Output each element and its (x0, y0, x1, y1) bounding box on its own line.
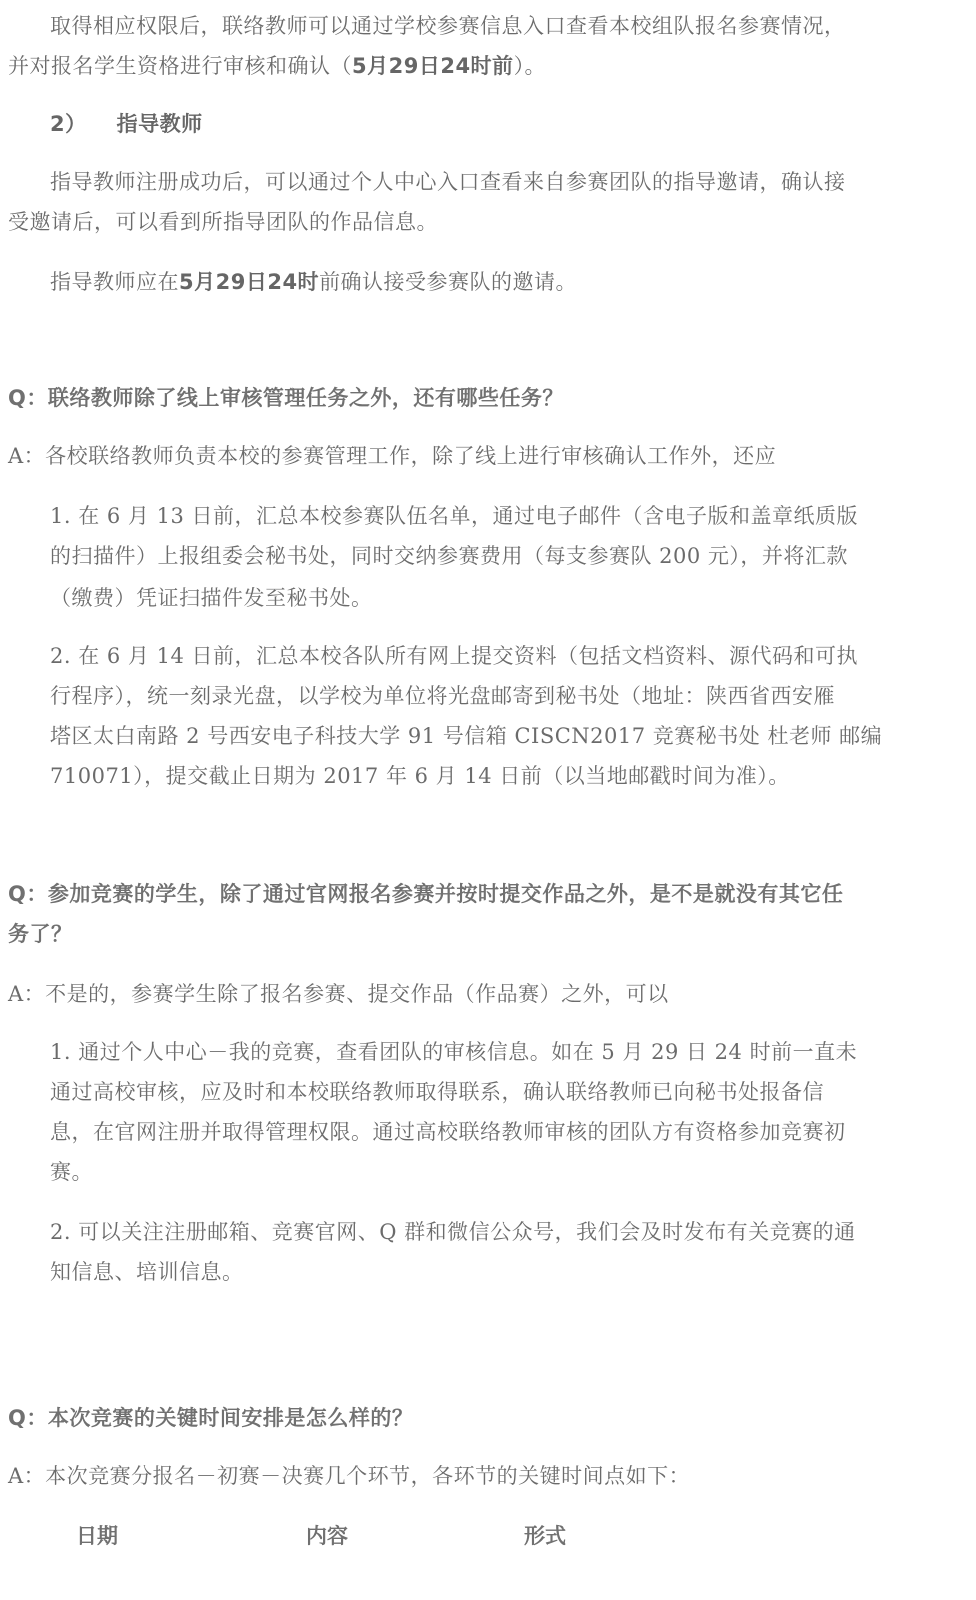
list-item-line: 行程序），统一刻录光盘，以学校为单位将光盘邮寄到秘书处（地址：陕西省西安雁 (50, 682, 835, 710)
list-item-line: 710071），提交截止日期为 2017 年 6 月 14 日前（以当地邮戳时间… (50, 762, 790, 790)
deadline-bold: 5月29日24时 (179, 270, 319, 294)
column-header-format: 形式 (524, 1520, 566, 1550)
deadline-bold: 5月29日24时前 (352, 54, 514, 78)
heading-text: 指导教师 (117, 112, 203, 136)
paragraph-line: 取得相应权限后，联络教师可以通过学校参赛信息入口查看本校组队报名参赛情况， (50, 12, 846, 40)
paragraph-line: 并对报名学生资格进行审核和确认（5月29日24时前）。 (8, 52, 546, 80)
faq-answer: A：不是的，参赛学生除了报名参赛、提交作品（作品赛）之外，可以 (8, 980, 669, 1008)
text: 前确认接受参赛队的邀请。 (319, 270, 577, 294)
list-item-line: 2. 在 6 月 14 日前，汇总本校各队所有网上提交资料（包括文档资料、源代码… (50, 642, 858, 670)
paragraph-line: 受邀请后，可以看到所指导团队的作品信息。 (8, 208, 438, 236)
list-item-line: 1. 通过个人中心－我的竞赛，查看团队的审核信息。如在 5 月 29 日 24 … (50, 1038, 857, 1066)
column-header-content: 内容 (306, 1520, 348, 1550)
column-header-date: 日期 (76, 1520, 118, 1550)
faq-question: Q：本次竞赛的关键时间安排是怎么样的？ (8, 1404, 413, 1432)
list-item-line: 知信息、培训信息。 (50, 1258, 244, 1286)
paragraph-line: 指导教师注册成功后，可以通过个人中心入口查看来自参赛团队的指导邀请，确认接 (50, 168, 846, 196)
list-item-line: 的扫描件）上报组委会秘书处，同时交纳参赛费用（每支参赛队 200 元），并将汇款 (50, 542, 848, 570)
faq-question: 务了？ (8, 920, 73, 948)
list-item-line: 息，在官网注册并取得管理权限。通过高校联络教师审核的团队方有资格参加竞赛初 (50, 1118, 846, 1146)
heading-number: 2） (50, 112, 87, 136)
faq-answer: A：各校联络教师负责本校的参赛管理工作，除了线上进行审核确认工作外，还应 (8, 442, 776, 470)
faq-question: Q：联络教师除了线上审核管理任务之外，还有哪些任务？ (8, 384, 564, 412)
list-item-line: 1. 在 6 月 13 日前，汇总本校参赛队伍名单，通过电子邮件（含电子版和盖章… (50, 502, 858, 530)
list-item-line: 2. 可以关注注册邮箱、竞赛官网、Q 群和微信公众号，我们会及时发布有关竞赛的通 (50, 1218, 856, 1246)
list-item-line: 塔区太白南路 2 号西安电子科技大学 91 号信箱 CISCN2017 竞赛秘书… (50, 722, 882, 750)
list-item-line: 通过高校审核，应及时和本校联络教师取得联系，确认联络教师已向秘书处报备信 (50, 1078, 824, 1106)
list-item-line: （缴费）凭证扫描件发至秘书处。 (50, 584, 373, 612)
section-heading: 2）指导教师 (50, 110, 203, 138)
faq-question: Q：参加竞赛的学生，除了通过官网报名参赛并按时提交作品之外，是不是就没有其它任 (8, 880, 843, 908)
faq-answer: A：本次竞赛分报名－初赛－决赛几个环节，各环节的关键时间点如下： (8, 1462, 690, 1490)
paragraph-line: 指导教师应在5月29日24时前确认接受参赛队的邀请。 (50, 268, 577, 296)
text: 指导教师应在 (50, 270, 179, 294)
list-item-line: 赛。 (50, 1158, 93, 1186)
text: ）。 (514, 54, 547, 78)
text: 并对报名学生资格进行审核和确认（ (8, 54, 352, 78)
